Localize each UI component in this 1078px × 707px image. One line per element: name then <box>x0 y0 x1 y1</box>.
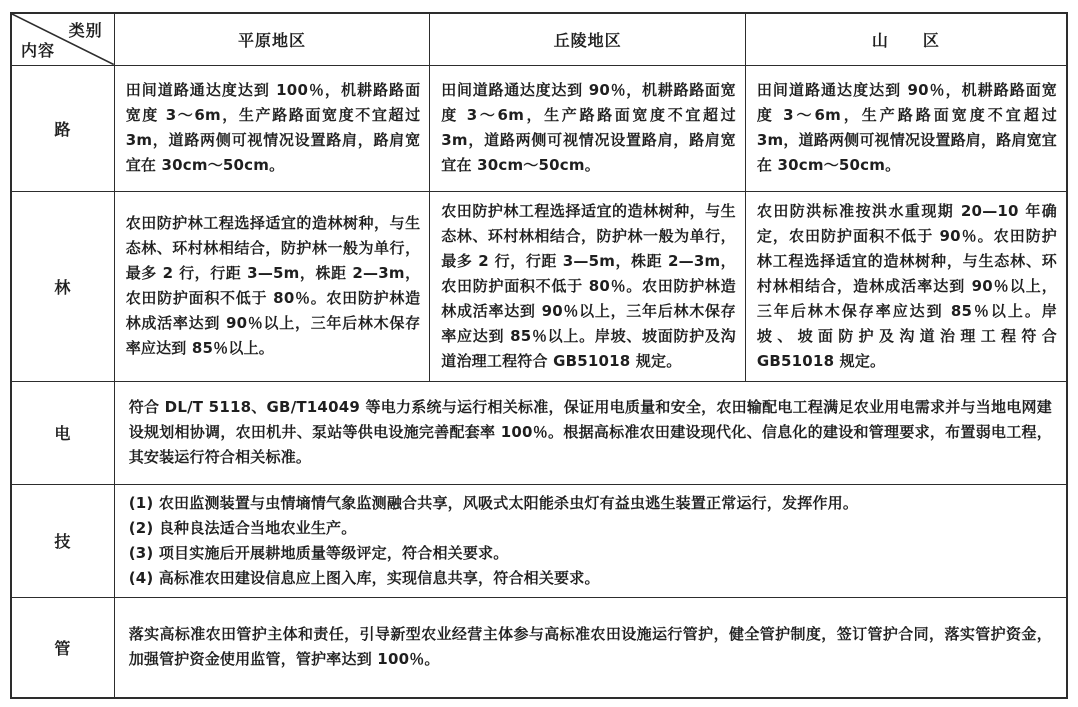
row-label-road: 路 <box>11 65 114 191</box>
row-label-power: 电 <box>11 381 114 484</box>
header-row: 类别 内容 平原地区 丘陵地区 山 区 <box>11 13 1067 65</box>
row-label-management: 管 <box>11 597 114 698</box>
cell-forest-mountain: 农田防洪标准按洪水重现期 20—10 年确定，农田防护面积不低于 90％。农田防… <box>745 191 1067 381</box>
document-sheet: 类别 内容 平原地区 丘陵地区 山 区 路 田间道路通达度达到 100％，机耕路… <box>0 0 1078 707</box>
standards-table: 类别 内容 平原地区 丘陵地区 山 区 路 田间道路通达度达到 100％，机耕路… <box>10 12 1068 699</box>
cell-tech: (1) 农田监测装置与虫情墒情气象监测融合共享，风吸式太阳能杀虫灯有益虫逃生装置… <box>114 484 1067 597</box>
row-label-tech: 技 <box>11 484 114 597</box>
cell-forest-hill: 农田防护林工程选择适宜的造林树种，与生态林、环村林相结合，防护林一般为单行，最多… <box>430 191 746 381</box>
column-header-hill: 丘陵地区 <box>430 13 746 65</box>
row-label-forest: 林 <box>11 191 114 381</box>
table-row-road: 路 田间道路通达度达到 100％，机耕路路面宽度 3～6m，生产路路面宽度不宜超… <box>11 65 1067 191</box>
table-row-management: 管 落实高标准农田管护主体和责任，引导新型农业经营主体参与高标准农田设施运行管护… <box>11 597 1067 698</box>
table-row-tech: 技 (1) 农田监测装置与虫情墒情气象监测融合共享，风吸式太阳能杀虫灯有益虫逃生… <box>11 484 1067 597</box>
cell-road-hill: 田间道路通达度达到 90％，机耕路路面宽度 3～6m，生产路路面宽度不宜超过 3… <box>430 65 746 191</box>
table-row-power: 电 符合 DL/T 5118、GB/T14049 等电力系统与运行相关标准，保证… <box>11 381 1067 484</box>
corner-label-category: 类别 <box>69 18 103 41</box>
header-corner-cell: 类别 内容 <box>11 13 114 65</box>
corner-label-content: 内容 <box>21 38 55 61</box>
cell-road-plain: 田间道路通达度达到 100％，机耕路路面宽度 3～6m，生产路路面宽度不宜超过 … <box>114 65 430 191</box>
table-row-forest: 林 农田防护林工程选择适宜的造林树种，与生态林、环村林相结合，防护林一般为单行，… <box>11 191 1067 381</box>
cell-forest-plain: 农田防护林工程选择适宜的造林树种，与生态林、环村林相结合，防护林一般为单行，最多… <box>114 191 430 381</box>
cell-power: 符合 DL/T 5118、GB/T14049 等电力系统与运行相关标准，保证用电… <box>114 381 1067 484</box>
cell-management: 落实高标准农田管护主体和责任，引导新型农业经营主体参与高标准农田设施运行管护，健… <box>114 597 1067 698</box>
cell-road-mountain: 田间道路通达度达到 90％，机耕路路面宽度 3～6m，生产路路面宽度不宜超过 3… <box>745 65 1067 191</box>
column-header-mountain: 山 区 <box>745 13 1067 65</box>
column-header-plain: 平原地区 <box>114 13 430 65</box>
